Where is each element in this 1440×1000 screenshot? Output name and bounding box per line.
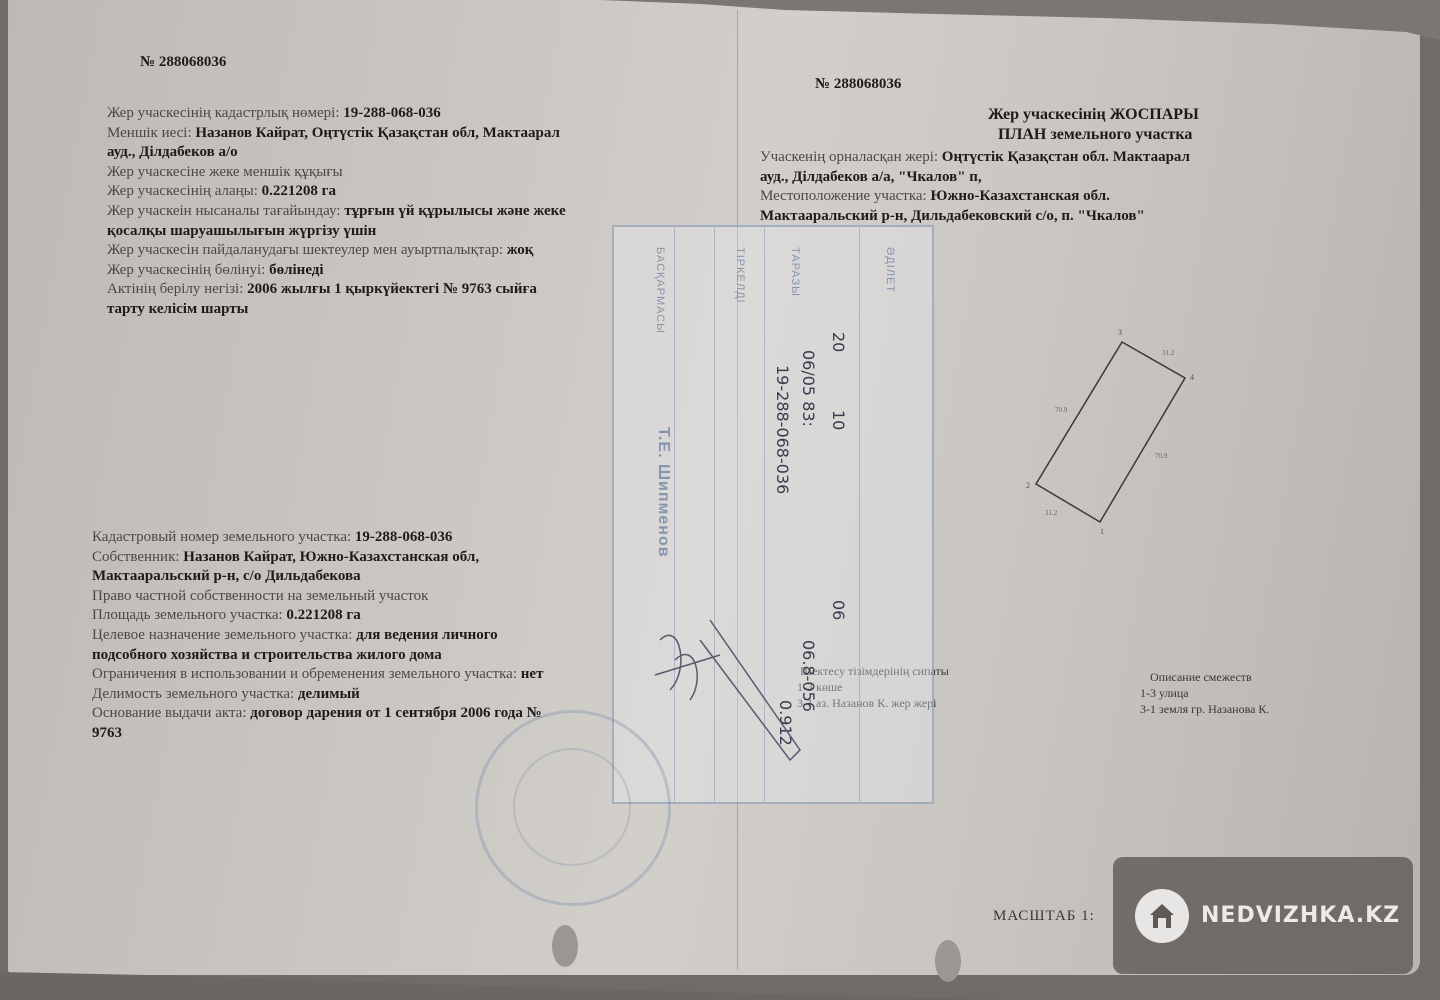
official-seal — [475, 710, 671, 906]
house-icon — [1135, 889, 1189, 943]
field-value: ауд., Ділдабеков а/а, "Чкалов" п, — [760, 169, 982, 185]
field-label: Право частной собственности на земельный… — [92, 588, 428, 604]
field-label: Целевое назначение земельного участка: — [92, 627, 352, 643]
detail-line: Право частной собственности на земельный… — [92, 587, 428, 605]
detail-line: Жер учаскесінің алаңы: 0.221208 га — [107, 182, 336, 200]
detail-line: Площадь земельного участка: 0.221208 га — [92, 606, 361, 624]
field-label: Основание выдачи акта: — [92, 705, 247, 721]
detail-line: Мактааральский р-н, Дильдабековский с/о,… — [760, 207, 1145, 225]
field-label: Жер учаскесін пайдаланудағы шектеулер ме… — [107, 242, 503, 258]
field-label: Жер учаскесіне жеке меншік құқығы — [107, 164, 343, 180]
handwritten-note: 19-288-068-036 — [773, 365, 792, 494]
detail-line: Собственник: Назанов Кайрат, Южно-Казахс… — [92, 548, 479, 566]
detail-line: Ограничения в использовании и обременени… — [92, 665, 543, 683]
adjacency-ru-title: Описание смежеств — [1150, 670, 1252, 685]
detail-line: Жер учаскесіне жеке меншік құқығы — [107, 163, 343, 181]
plan-title-ru: ПЛАН земельного участка — [998, 126, 1192, 144]
field-value: 0.221208 га — [262, 183, 336, 199]
field-value: тарту келісім шарты — [107, 301, 248, 317]
signature — [650, 600, 810, 800]
punch-hole — [552, 925, 578, 967]
detail-line: Целевое назначение земельного участка: д… — [92, 626, 498, 644]
detail-line: Жер учаскесінің бөлінуі: бөлінеді — [107, 261, 324, 279]
detail-line: 9763 — [92, 724, 122, 742]
detail-line: Жер учаскеін нысаналы тағайындау: тұрғын… — [107, 202, 566, 220]
field-value: қосалқы шаруашылығын жүргізу үшін — [107, 223, 376, 239]
field-value: для ведения личного — [356, 627, 497, 643]
field-value: Мактааральский р-н, Дильдабековский с/о,… — [760, 208, 1145, 224]
field-value: Мактааральский р-н, с/о Дильдабекова — [92, 568, 361, 584]
field-value: 0.221208 га — [286, 607, 360, 623]
field-value: Южно-Казахстанская обл. — [930, 188, 1109, 204]
adjacency-ru-row: 3-1 земля гр. Назанова К. — [1140, 702, 1269, 717]
scale-label: МАСШТАБ 1: — [993, 908, 1095, 925]
detail-line: ауд., Ділдабеков а/о — [107, 143, 238, 161]
field-label: Жер учаскесінің кадастрлық нөмері: — [107, 105, 340, 121]
field-value: Назанов Кайрат, Южно-Казахстанская обл, — [183, 549, 479, 565]
detail-line: ауд., Ділдабеков а/а, "Чкалов" п, — [760, 168, 982, 186]
field-label: Кадастровый номер земельного участка: — [92, 529, 351, 545]
detail-line: қосалқы шаруашылығын жүргізу үшін — [107, 222, 376, 240]
field-label: Собственник: — [92, 549, 180, 565]
field-value: тұрғын үй құрылысы және жеке — [344, 203, 565, 219]
nedvizhka-watermark: NEDVIZHKA.KZ — [1113, 857, 1413, 974]
plot-plan-drawing: 3 4 2 1 31.2 70.9 70.9 31.2 — [1000, 320, 1220, 540]
handwritten-note: 20 — [829, 332, 848, 352]
detail-line: Кадастровый номер земельного участка: 19… — [92, 528, 452, 546]
field-value: бөлінеді — [269, 262, 323, 278]
field-value: жоқ — [507, 242, 534, 258]
field-label: Актінің берілу негізі: — [107, 281, 243, 297]
field-value: подсобного хозяйства и строительства жил… — [92, 647, 442, 663]
handwritten-note: 06 — [829, 600, 848, 620]
svg-text:70.9: 70.9 — [1055, 406, 1068, 414]
field-label: Площадь земельного участка: — [92, 607, 283, 623]
svg-text:4: 4 — [1190, 373, 1194, 382]
official-name: Т.Е. Шипменов — [654, 427, 672, 558]
field-label: Учаскенің орналасқан жері: — [760, 149, 938, 165]
detail-line: тарту келісім шарты — [107, 300, 248, 318]
detail-line: Мактааральский р-н, с/о Дильдабекова — [92, 567, 361, 585]
detail-line: Учаскенің орналасқан жері: Оңтүстік Қаза… — [760, 148, 1190, 166]
field-value: делимый — [298, 686, 360, 702]
field-label: Жер учаскесінің алаңы: — [107, 183, 258, 199]
field-value: 9763 — [92, 725, 122, 741]
plan-title-kz: Жер учаскесінің ЖОСПАРЫ — [988, 106, 1199, 124]
field-value: 19-288-068-036 — [355, 529, 453, 545]
field-label: Ограничения в использовании и обременени… — [92, 666, 517, 682]
detail-line: подсобного хозяйства и строительства жил… — [92, 646, 442, 664]
detail-line: Делимость земельного участка: делимый — [92, 685, 360, 703]
svg-text:3: 3 — [1118, 328, 1122, 337]
left-doc-number: № 288068036 — [140, 53, 226, 71]
field-label: Местоположение участка: — [760, 188, 927, 204]
svg-text:1: 1 — [1100, 527, 1104, 536]
watermark-brand: NEDVIZHKA.KZ — [1201, 903, 1400, 928]
field-value: Оңтүстік Қазақстан обл. Мактаарал — [942, 149, 1190, 165]
detail-line: Жер учаскесін пайдаланудағы шектеулер ме… — [107, 241, 533, 259]
field-label: Меншік иесі: — [107, 125, 192, 141]
field-value: ауд., Ділдабеков а/о — [107, 144, 238, 160]
svg-text:2: 2 — [1026, 481, 1030, 490]
svg-text:31.2: 31.2 — [1162, 349, 1175, 357]
right-doc-number: № 288068036 — [815, 75, 901, 93]
svg-text:70.9: 70.9 — [1155, 452, 1168, 460]
detail-line: Актінің берілу негізі: 2006 жылғы 1 қырк… — [107, 280, 537, 298]
field-value: договор дарения от 1 сентября 2006 года … — [250, 705, 541, 721]
svg-text:31.2: 31.2 — [1045, 509, 1058, 517]
detail-line: Жер учаскесінің кадастрлық нөмері: 19-28… — [107, 104, 441, 122]
handwritten-note: 06/05 83: — [799, 350, 818, 427]
detail-line: Меншік иесі: Назанов Кайрат, Оңтүстік Қа… — [107, 124, 560, 142]
field-label: Делимость земельного участка: — [92, 686, 294, 702]
field-label: Жер учаскеін нысаналы тағайындау: — [107, 203, 341, 219]
detail-line: Основание выдачи акта: договор дарения о… — [92, 704, 542, 722]
detail-line: Местоположение участка: Южно-Казахстанск… — [760, 187, 1110, 205]
field-value: 2006 жылғы 1 қыркүйектегі № 9763 сыйға — [247, 281, 537, 297]
punch-hole — [935, 940, 961, 982]
adjacency-ru-row: 1-3 улица — [1140, 686, 1189, 701]
field-value: нет — [521, 666, 544, 682]
field-value: Назанов Кайрат, Оңтүстік Қазақстан обл, … — [195, 125, 560, 141]
field-value: 19-288-068-036 — [343, 105, 441, 121]
field-label: Жер учаскесінің бөлінуі: — [107, 262, 265, 278]
handwritten-note: 10 — [829, 410, 848, 430]
